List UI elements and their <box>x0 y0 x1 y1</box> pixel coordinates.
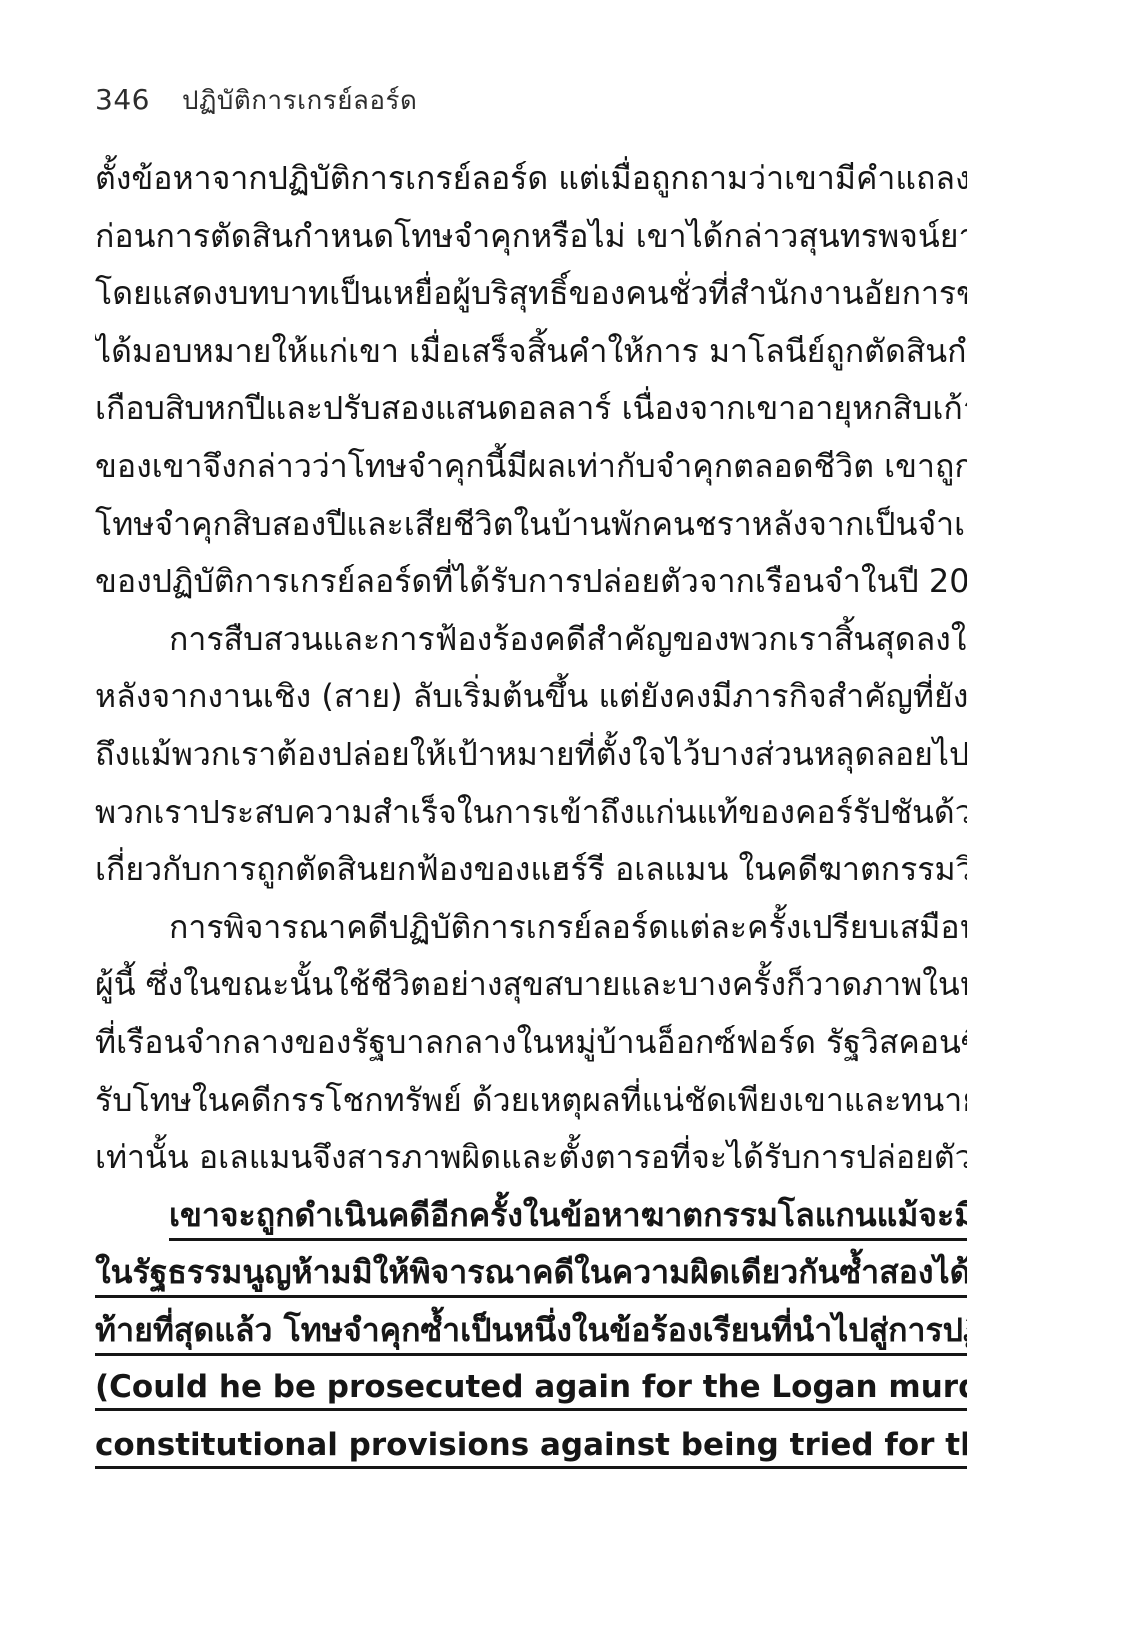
text-line: (Could he be prosecuted again for the Lo… <box>95 1359 967 1417</box>
text-line: โดยแสดงบทบาทเป็นเหยื่อผู้บริสุทธิ์ของคนช… <box>95 265 967 323</box>
text-line: ก่อนการตัดสินกำหนดโทษจำคุกหรือไม่ เขาได้… <box>95 208 967 266</box>
text-line: ท้ายที่สุดแล้ว โทษจำคุกซ้ำเป็นหนึ่งในข้อ… <box>95 1302 967 1360</box>
text-line: ที่เรือนจำกลางของรัฐบาลกลางในหมู่บ้านอ็อ… <box>95 1014 967 1072</box>
text-line: เกี่ยวกับการถูกตัดสินยกฟ้องของแฮร์รี อเล… <box>95 841 967 899</box>
text-line: การสืบสวนและการฟ้องร้องคดีสำคัญของพวกเรา… <box>95 611 967 669</box>
text-line: ในรัฐธรรมนูญห้ามมิให้พิจารณาคดีในความผิด… <box>95 1244 967 1302</box>
text-line: ถึงแม้พวกเราต้องปล่อยให้เป้าหมายที่ตั้งใ… <box>95 726 967 784</box>
text-line: ผู้นี้ ซึ่งในขณะนั้นใช้ชีวิตอย่างสุขสบาย… <box>95 956 967 1014</box>
text-line: หลังจากงานเชิง (สาย) ลับเริ่มต้นขึ้น แต่… <box>95 668 967 726</box>
text-line: constitutional provisions against being … <box>95 1417 967 1475</box>
text-line: การพิจารณาคดีปฏิบัติการเกรย์ลอร์ดแต่ละคร… <box>95 899 967 957</box>
text-line: ของปฏิบัติการเกรย์ลอร์ดที่ได้รับการปล่อย… <box>95 553 967 611</box>
text-line: ได้มอบหมายให้แก่เขา เมื่อเสร็จสิ้นคำให้ก… <box>95 323 967 381</box>
text-line: โทษจำคุกสิบสองปีและเสียชีวิตในบ้านพักคนช… <box>95 496 967 554</box>
text-line: เขาจะถูกดำเนินคดีอีกครั้งในข้อหาฆาตกรรมโ… <box>95 1187 967 1245</box>
text-line: เกือบสิบหกปีและปรับสองแสนดอลลาร์ เนื่องจ… <box>95 380 967 438</box>
paragraph-3: การพิจารณาคดีปฏิบัติการเกรย์ลอร์ดแต่ละคร… <box>95 899 967 1187</box>
paragraph-1: ตั้งข้อหาจากปฏิบัติการเกรย์ลอร์ด แต่เมื่… <box>95 150 967 611</box>
page-content: ตั้งข้อหาจากปฏิบัติการเกรย์ลอร์ด แต่เมื่… <box>95 150 967 1475</box>
book-title: ปฏิบัติการเกรย์ลอร์ด <box>182 80 417 121</box>
text-line: รับโทษในคดีกรรโชกทรัพย์ ด้วยเหตุผลที่แน่… <box>95 1072 967 1130</box>
book-page: 346 ปฏิบัติการเกรย์ลอร์ด ตั้งข้อหาจากปฏิ… <box>0 0 1126 1638</box>
text-line: เท่านั้น อเลแมนจึงสารภาพผิดและตั้งตารอที… <box>95 1129 967 1187</box>
text-line: ของเขาจึงกล่าวว่าโทษจำคุกนี้มีผลเท่ากับจ… <box>95 438 967 496</box>
text-line: พวกเราประสบความสำเร็จในการเข้าถึงแก่นแท้… <box>95 784 967 842</box>
page-header: 346 ปฏิบัติการเกรย์ลอร์ด <box>95 80 417 121</box>
text-line: ตั้งข้อหาจากปฏิบัติการเกรย์ลอร์ด แต่เมื่… <box>95 150 967 208</box>
paragraph-2: การสืบสวนและการฟ้องร้องคดีสำคัญของพวกเรา… <box>95 611 967 899</box>
emphasis-paragraph: เขาจะถูกดำเนินคดีอีกครั้งในข้อหาฆาตกรรมโ… <box>95 1187 967 1360</box>
english-translation-paragraph: (Could he be prosecuted again for the Lo… <box>95 1359 967 1474</box>
page-number: 346 <box>95 83 150 116</box>
